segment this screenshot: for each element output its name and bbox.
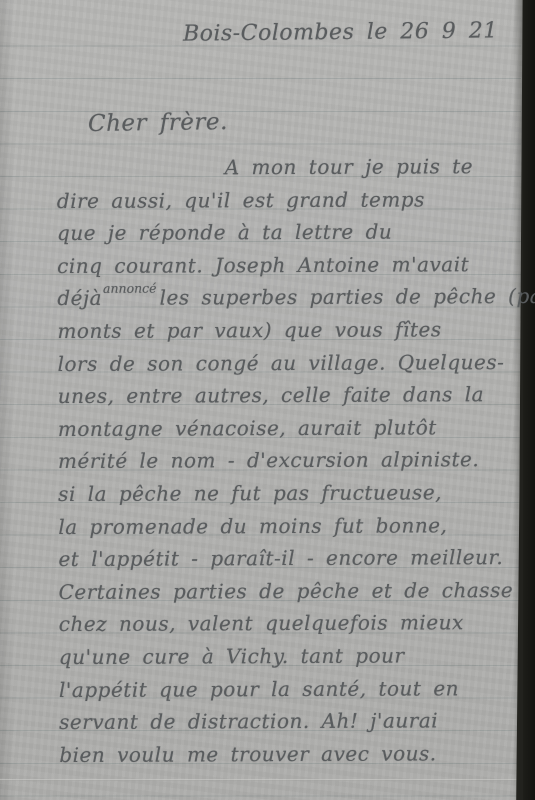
body-line: servant de distraction. Ah! j'aurai [59, 704, 525, 739]
salutation: Cher frère. [88, 109, 228, 137]
letter-scan-page: Bois-Colombes le 26 9 21 Cher frère. A m… [0, 0, 535, 800]
body-line-with-insertion: déjàannoncéles superbes parties de pêche… [57, 280, 523, 315]
body-line: bien voulu me trouver avec vous. [59, 737, 525, 772]
body-line: qu'une cure à Vichy. tant pour [59, 639, 525, 674]
body-line: l'appétit que pour la santé, tout en [59, 671, 525, 706]
body-line: que je réponde à ta lettre du [57, 215, 523, 250]
body-line: unes, entre autres, celle faite dans la [58, 378, 524, 413]
body-line: lors de son congé au village. Quelques- [58, 346, 524, 381]
letter-body: A mon tour je puis te dire aussi, qu'il … [57, 150, 526, 771]
insertion-before-text: déjà [57, 286, 102, 310]
insertion-after-text: les superbes parties de pêche (par [160, 284, 535, 310]
body-line: mérité le nom - d'excursion alpiniste. [58, 443, 524, 478]
body-line: la promenade du moins fut bonne, [58, 509, 524, 544]
body-line: chez nous, valent quelquefois mieux [59, 606, 525, 641]
paper-crease [0, 779, 519, 781]
body-line: dire aussi, qu'il est grand temps [57, 183, 523, 218]
inserted-word-above-line: annoncé [103, 281, 157, 296]
body-line: monts et par vaux) que vous fîtes [57, 313, 523, 348]
body-line: et l'appétit - paraît-il - encore meille… [58, 541, 524, 576]
left-edge-shading [0, 0, 14, 800]
dateline: Bois-Colombes le 26 9 21 [183, 18, 498, 46]
body-line: montagne vénacoise, aurait plutôt [58, 411, 524, 446]
body-line: A mon tour je puis te [57, 150, 523, 185]
body-line: si la pêche ne fut pas fructueuse, [58, 476, 524, 511]
body-line: cinq courant. Joseph Antoine m'avait [57, 248, 523, 283]
body-line: Certaines parties de pêche et de chasse [58, 574, 524, 609]
